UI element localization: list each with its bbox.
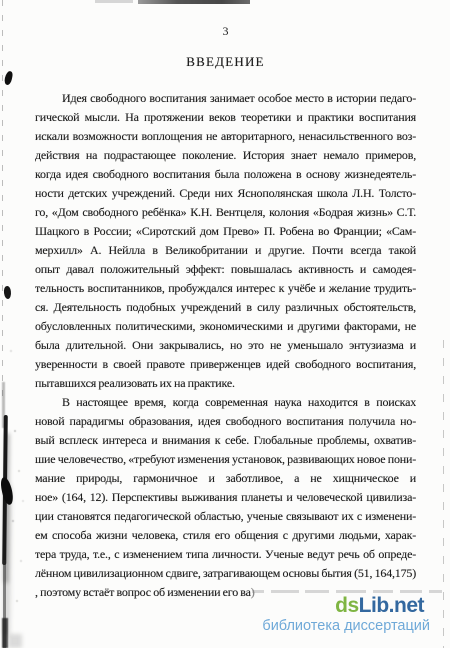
text-line: В настоящее время, когда современная нау… (35, 393, 416, 412)
cutoff-character: ) (251, 585, 255, 599)
text-line: ное» (164, 12). Перспективы выживания пл… (35, 488, 416, 507)
text-line: гической мысли. На протяжении веков теор… (35, 108, 416, 127)
text-line: действия на подрастающее поколение. Исто… (35, 146, 416, 165)
text-line-fragment: , поэтому встаёт вопрос об изменении его… (35, 585, 251, 599)
scan-artifact-bottom-smudge (8, 634, 22, 648)
dslib-logo-suffix: Lib.net (359, 594, 424, 617)
scan-artifact-left-edge-line (2, 0, 3, 400)
text-line: вый всплеск интереса и внимания к себе. … (35, 431, 416, 450)
scan-artifact-top-band-dark (138, 0, 250, 4)
text-line: уверенности в своей правоте приверженцев… (35, 355, 416, 374)
dslib-watermark-logo: dsLib.net (335, 594, 424, 618)
text-line: Шацкого в России; «Сиротский дом Прево» … (35, 222, 416, 241)
text-line: мерхилл» А. Нейлла в Великобритании и др… (35, 241, 416, 260)
text-line: го, «Дом свободного ребёнка» К.Н. Вентце… (35, 203, 416, 222)
erased-text-dash (429, 590, 442, 593)
text-line: новой парадигмы образования, идея свобод… (35, 412, 416, 431)
text-line: Идея свободного воспитания занимает особ… (35, 89, 416, 108)
text-line: искали возможности воплощения не авторит… (35, 127, 416, 146)
text-line: шие человечество, «требуют изменения уст… (35, 450, 416, 469)
text-line: лённом цивилизационном сдвиге, затрагива… (35, 564, 416, 583)
scan-artifact-ink-mark-upper (4, 70, 14, 85)
text-line: была длительной. Они закрывались, но это… (35, 336, 416, 355)
text-line: обусловленных политическими, экономическ… (35, 317, 416, 336)
text-line: ем способа жизни человека, стиля его общ… (35, 526, 416, 545)
text-line: ся. Деятельность подобных учреждений в с… (35, 298, 416, 317)
text-line: ции становятся педагогической областью, … (35, 507, 416, 526)
body-text: Идея свободного воспитания занимает особ… (35, 89, 416, 602)
scan-artifact-top-band-light (95, 0, 133, 3)
text-line: ности детских учреждений. Среди них Ясно… (35, 184, 416, 203)
dslib-logo-prefix: ds (335, 594, 359, 617)
text-line: мание природы, гармоничное и заботливое,… (35, 469, 416, 488)
text-line: тера труда, т.е., с изменением типа личн… (35, 545, 416, 564)
text-line: тельность воспитанников, пробуждался инт… (35, 279, 416, 298)
scan-artifact-speckles (0, 0, 2, 2)
page-number: 3 (35, 24, 416, 39)
page-title: ВВЕДЕНИЕ (35, 54, 416, 70)
dslib-watermark-tagline: библиотека диссертаций (262, 617, 430, 636)
text-line: когда идея свободного воспитания была по… (35, 165, 416, 184)
scanned-document-page: 3 ВВЕДЕНИЕ Идея свободного воспитания за… (0, 0, 450, 648)
text-line: пытавшихся реализовать их на практике. (35, 374, 416, 393)
text-line: опыт давал положительный эффект: повышал… (35, 260, 416, 279)
scan-artifact-ink-mark-middle (3, 286, 12, 300)
scan-artifact-right-edge-line (443, 340, 444, 648)
